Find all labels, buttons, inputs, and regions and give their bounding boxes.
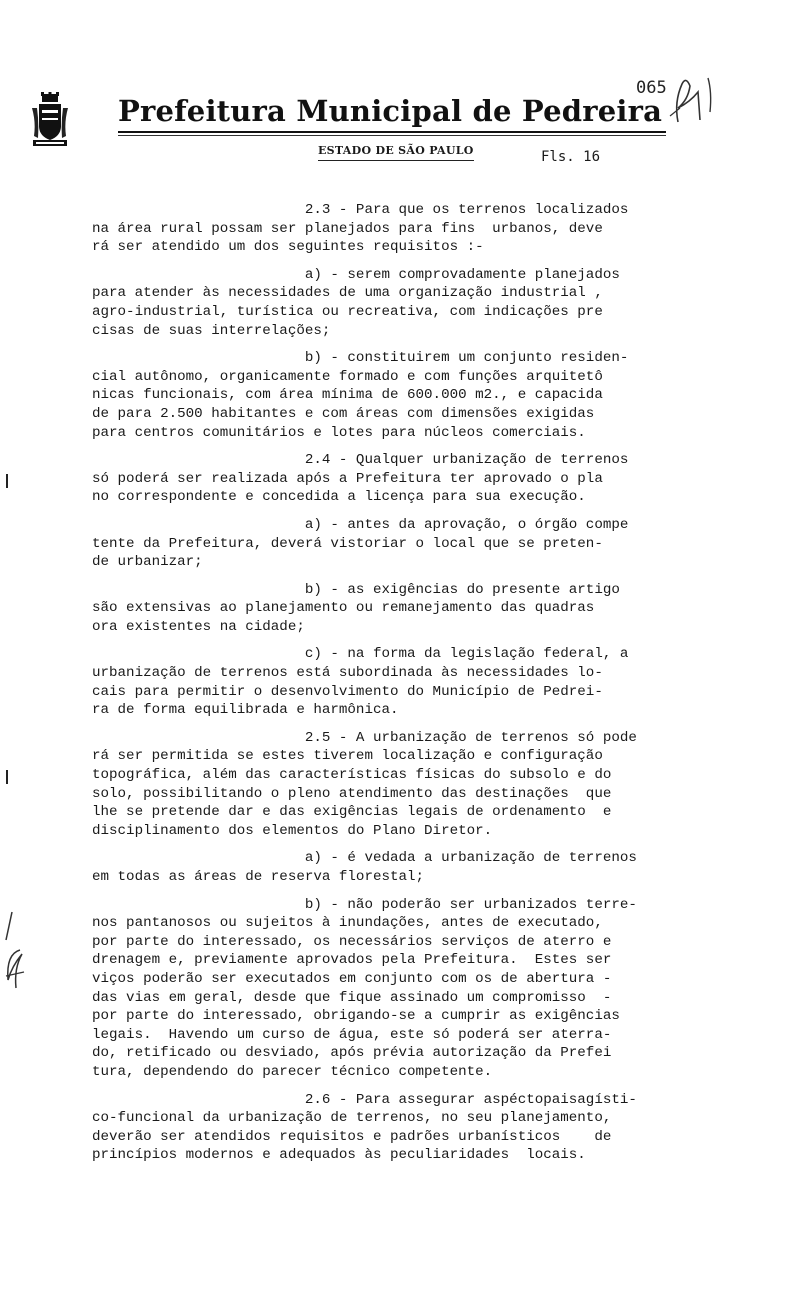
- document-page: Prefeitura Municipal de Pedreira 065 EST…: [0, 0, 800, 1302]
- stamp-number: 065: [636, 78, 667, 98]
- document-body: 2.3 - Para que os terrenos localizados n…: [92, 201, 692, 1174]
- text-line: em todas as áreas de reserva florestal;: [92, 868, 692, 887]
- text-line: a) - serem comprovadamente planejados: [92, 266, 692, 285]
- text-line: b) - constituirem um conjunto residen-: [92, 349, 692, 368]
- text-line: b) - as exigências do presente artigo: [92, 581, 692, 600]
- text-line: cisas de suas interrelações;: [92, 322, 692, 341]
- text-line: deverão ser atendidos requisitos e padrõ…: [92, 1128, 692, 1147]
- margin-mark: [6, 474, 8, 488]
- state-subtitle: ESTADO DE SÃO PAULO: [318, 144, 474, 157]
- paragraph-2-5: 2.5 - A urbanização de terrenos só pode …: [92, 729, 692, 841]
- text-line: nicas funcionais, com área mínima de 600…: [92, 386, 692, 405]
- paragraph-2-4: 2.4 - Qualquer urbanização de terrenos s…: [92, 451, 692, 507]
- signature-icon: [668, 72, 728, 128]
- text-line: disciplinamento dos elementos do Plano D…: [92, 822, 692, 841]
- text-line: a) - é vedada a urbanização de terrenos: [92, 849, 692, 868]
- text-line: b) - não poderão ser urbanizados terre-: [92, 896, 692, 915]
- text-line: a) - antes da aprovação, o órgão compe: [92, 516, 692, 535]
- text-line: drenagem e, previamente aprovados pela P…: [92, 951, 692, 970]
- text-line: na área rural possam ser planejados para…: [92, 220, 692, 239]
- text-line: tente da Prefeitura, deverá vistoriar o …: [92, 535, 692, 554]
- paragraph-2-3: 2.3 - Para que os terrenos localizados n…: [92, 201, 692, 257]
- text-line: urbanização de terrenos está subordinada…: [92, 664, 692, 683]
- text-line: solo, possibilitando o pleno atendimento…: [92, 785, 692, 804]
- text-line: por parte do interessado, os necessários…: [92, 933, 692, 952]
- text-line: 2.5 - A urbanização de terrenos só pode: [92, 729, 692, 748]
- text-line: do, retificado ou desviado, após prévia …: [92, 1044, 692, 1063]
- paragraph-2-4-b: b) - as exigências do presente artigo sã…: [92, 581, 692, 637]
- paragraph-2-6: 2.6 - Para assegurar aspéctopaisagísti- …: [92, 1091, 692, 1165]
- text-line: por parte do interessado, obrigando-se a…: [92, 1007, 692, 1026]
- text-line: cial autônomo, organicamente formado e c…: [92, 368, 692, 387]
- text-line: cais para permitir o desenvolvimento do …: [92, 683, 692, 702]
- text-line: no correspondente e concedida a licença …: [92, 488, 692, 507]
- text-line: só poderá ser realizada após a Prefeitur…: [92, 470, 692, 489]
- margin-mark: [6, 770, 8, 784]
- text-line: das vias em geral, desde que fique assin…: [92, 989, 692, 1008]
- subtitle-underline: [318, 160, 474, 161]
- text-line: 2.6 - Para assegurar aspéctopaisagísti-: [92, 1091, 692, 1110]
- text-line: 2.4 - Qualquer urbanização de terrenos: [92, 451, 692, 470]
- text-line: rá ser atendido um dos seguintes requisi…: [92, 238, 692, 257]
- text-line: de urbanizar;: [92, 553, 692, 572]
- text-line: agro-industrial, turística ou recreativa…: [92, 303, 692, 322]
- paragraph-2-3-a: a) - serem comprovadamente planejados pa…: [92, 266, 692, 340]
- text-line: tura, dependendo do parecer técnico comp…: [92, 1063, 692, 1082]
- paragraph-2-4-a: a) - antes da aprovação, o órgão compe t…: [92, 516, 692, 572]
- text-line: de para 2.500 habitantes e com áreas com…: [92, 405, 692, 424]
- text-line: 2.3 - Para que os terrenos localizados: [92, 201, 692, 220]
- text-line: c) - na forma da legislação federal, a: [92, 645, 692, 664]
- paragraph-2-4-c: c) - na forma da legislação federal, a u…: [92, 645, 692, 719]
- text-line: são extensivas ao planejamento ou remane…: [92, 599, 692, 618]
- text-line: para centros comunitários e lotes para n…: [92, 424, 692, 443]
- text-line: ra de forma equilibrada e harmônica.: [92, 701, 692, 720]
- text-line: nos pantanosos ou sujeitos à inundações,…: [92, 914, 692, 933]
- coat-of-arms-icon: [30, 92, 70, 150]
- header-rule-thin: [118, 135, 666, 136]
- text-line: co-funcional da urbanização de terrenos,…: [92, 1109, 692, 1128]
- text-line: ora existentes na cidade;: [92, 618, 692, 637]
- text-line: topográfica, além das características fí…: [92, 766, 692, 785]
- margin-initials-icon: [2, 910, 30, 990]
- text-line: lhe se pretende dar e das exigências leg…: [92, 803, 692, 822]
- paragraph-2-3-b: b) - constituirem um conjunto residen- c…: [92, 349, 692, 442]
- text-line: viços poderão ser executados em conjunto…: [92, 970, 692, 989]
- text-line: para atender às necessidades de uma orga…: [92, 284, 692, 303]
- text-line: princípios modernos e adequados às pecul…: [92, 1146, 692, 1165]
- text-line: rá ser permitida se estes tiverem locali…: [92, 747, 692, 766]
- paragraph-2-5-b: b) - não poderão ser urbanizados terre- …: [92, 896, 692, 1082]
- text-line: legais. Havendo um curso de água, este s…: [92, 1026, 692, 1045]
- page-title: Prefeitura Municipal de Pedreira: [118, 94, 662, 128]
- folio-number: Fls. 16: [541, 149, 600, 165]
- header-rule: [118, 131, 666, 133]
- paragraph-2-5-a: a) - é vedada a urbanização de terrenos …: [92, 849, 692, 886]
